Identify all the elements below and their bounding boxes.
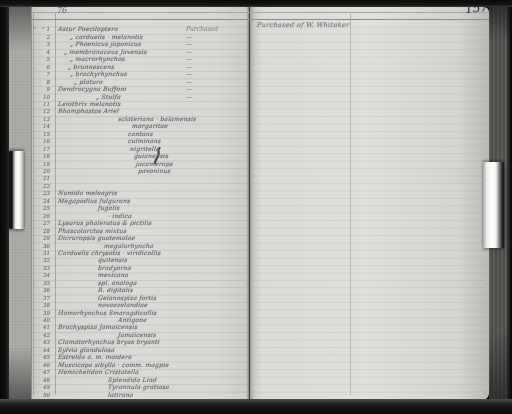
entry-text: culminans [128, 138, 162, 146]
top-scan-band [0, 0, 512, 7]
entry-text: Hemichelidon Cristatella [58, 369, 140, 377]
entry-text: novaezelandiae [98, 302, 149, 310]
entry-text: Rhamphastos Ariel [58, 108, 120, 116]
ditto-mark: — [186, 94, 192, 102]
acquisition-note: Purchased of W. Whitaker [257, 21, 350, 29]
right-scan-edge [506, 0, 512, 414]
header-rule-lower [31, 19, 489, 20]
ledger-scan: 76 157 Purchased of W. Whitaker a a 1Ast… [0, 0, 512, 414]
entry-text: pavoninus [138, 168, 172, 176]
entry-text: Lysurus phaleratus & pictilis [58, 220, 153, 228]
entry-text: Dicruropsis guatemalae [58, 235, 136, 243]
left-scan-edge [0, 0, 9, 414]
folio-mark: 76 [57, 6, 68, 16]
header-rule-upper [31, 12, 489, 13]
entry-text: „ brachyrhynchus [70, 71, 128, 79]
entry-text: R. digitalis [98, 287, 134, 295]
right-page-column-rule [350, 13, 351, 395]
entry-text: Tyrannula gratiosa [108, 384, 170, 392]
right-page-ruling [252, 20, 486, 395]
number-column-rule-right [55, 13, 56, 395]
right-page-clamp [483, 162, 504, 248]
entry-text: Dendrocygna Buffoni [58, 86, 127, 94]
entry-text: guianensis [134, 153, 169, 161]
number-column-rule-left [33, 13, 34, 395]
bottom-scan-band [0, 399, 512, 414]
left-page-clamp [9, 151, 24, 229]
